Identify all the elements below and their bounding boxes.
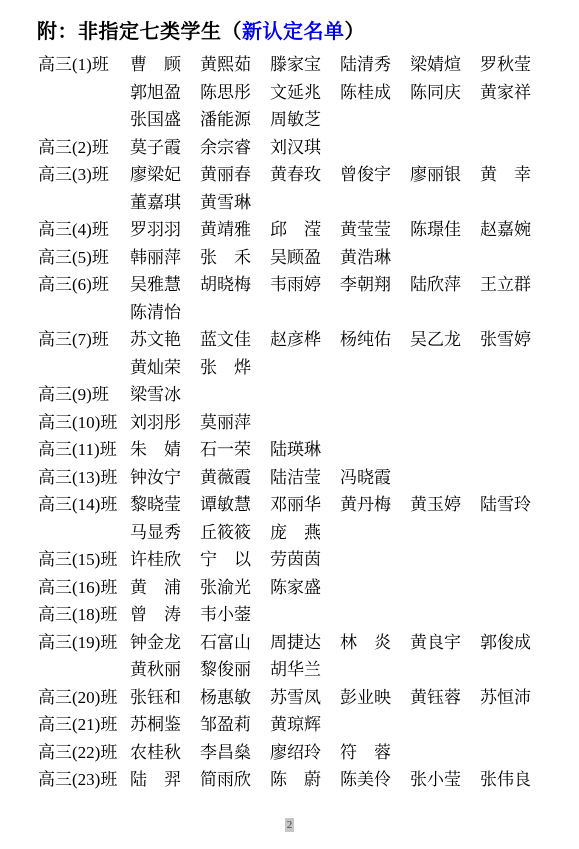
roster-line: 高三(18)班曾 涛韦小蓥 [0,601,579,629]
student-name: 苏文艳 [130,326,200,354]
student-name: 张小莹 [410,766,480,794]
roster-line: 高三(9)班梁雪冰 [0,381,579,409]
student-name: 邹盈莉 [200,711,270,739]
roster-line: 高三(14)班黎晓莹谭敏慧邓丽华黄丹梅黄玉婷陆雪玲 [0,491,579,519]
student-name: 李昌燊 [200,739,270,767]
class-label [38,106,130,134]
student-name: 陆清秀 [340,51,410,79]
student-name: 黄玉婷 [410,491,480,519]
student-name: 黄丽春 [200,161,270,189]
student-name: 陆雪玲 [480,491,550,519]
roster-line: 高三(19)班钟金龙石富山周捷达林 炎黄良宇郭俊成 [0,629,579,657]
student-name: 董嘉琪 [130,189,200,217]
class-label: 高三(22)班 [38,739,130,767]
student-name: 黎俊丽 [200,656,270,684]
student-name: 黄浩琳 [340,244,410,272]
roster-line: 高三(5)班韩丽萍张 禾吴顾盈黄浩琳 [0,244,579,272]
student-name: 廖梁妃 [130,161,200,189]
student-name: 谭敏慧 [200,491,270,519]
student-name: 黄丹梅 [340,491,410,519]
student-name: 黄钰蓉 [410,684,480,712]
student-name: 黄莹莹 [340,216,410,244]
roster-line: 高三(4)班罗羽羽黄靖雅邱 滢黄莹莹陈璟佳赵嘉婉 [0,216,579,244]
student-name: 黄良宇 [410,629,480,657]
title-prefix: 附：非指定七类学生（ [37,21,242,43]
class-label [38,299,130,327]
student-name: 黄琼辉 [270,711,340,739]
student-name: 邱 滢 [270,216,340,244]
class-label: 高三(16)班 [38,574,130,602]
student-name: 曾俊宇 [340,161,410,189]
student-name: 黄靖雅 [200,216,270,244]
student-name: 陆洁莹 [270,464,340,492]
class-label [38,519,130,547]
student-name: 丘筱筱 [200,519,270,547]
class-label: 高三(15)班 [38,546,130,574]
student-name: 陈桂成 [340,79,410,107]
class-label: 高三(2)班 [38,134,130,162]
student-name: 文延兆 [270,79,340,107]
student-name: 廖丽银 [410,161,480,189]
student-name: 莫丽萍 [200,409,270,437]
roster-line: 黄秋丽黎俊丽胡华兰 [0,656,579,684]
student-name: 许桂欣 [130,546,200,574]
class-label: 高三(5)班 [38,244,130,272]
student-name: 韦小蓥 [200,601,270,629]
student-name: 周敏芝 [270,106,340,134]
roster-line: 张国盛潘能源周敏芝 [0,106,579,134]
roster-line: 高三(21)班苏桐鉴邹盈莉黄琼辉 [0,711,579,739]
roster-line: 高三(15)班许桂欣宁 以劳茵茵 [0,546,579,574]
class-label: 高三(7)班 [38,326,130,354]
student-name: 莫子霞 [130,134,200,162]
class-label: 高三(20)班 [38,684,130,712]
student-name: 吴顾盈 [270,244,340,272]
roster-line: 郭旭盈陈思彤文延兆陈桂成陈同庆黄家祥 [0,79,579,107]
student-name: 陆 羿 [130,766,200,794]
student-name: 黄薇霞 [200,464,270,492]
student-name: 陈思彤 [200,79,270,107]
roster-line: 高三(22)班农桂秋李昌燊廖绍玲符 蓉 [0,739,579,767]
class-label: 高三(23)班 [38,766,130,794]
student-name: 刘汉琪 [270,134,340,162]
student-name: 杨纯佑 [340,326,410,354]
class-label [38,189,130,217]
student-name: 黄灿荣 [130,354,200,382]
roster-line: 高三(10)班刘羽彤莫丽萍 [0,409,579,437]
student-name: 郭俊成 [480,629,550,657]
student-name: 张 烨 [200,354,270,382]
class-label: 高三(6)班 [38,271,130,299]
roster-line: 高三(2)班莫子霞余宗睿刘汉琪 [0,134,579,162]
student-name: 余宗睿 [200,134,270,162]
student-name: 黄雪琳 [200,189,270,217]
class-label: 高三(14)班 [38,491,130,519]
roster-line: 高三(20)班张钰和杨惠敏苏雪凤彭业映黄钰蓉苏恒沛 [0,684,579,712]
student-name: 陈美伶 [340,766,410,794]
student-name: 胡华兰 [270,656,340,684]
student-name: 黄 浦 [130,574,200,602]
student-name: 农桂秋 [130,739,200,767]
student-name: 黄 幸 [480,161,550,189]
student-name: 韦雨婷 [270,271,340,299]
roster-line: 陈清怡 [0,299,579,327]
student-name: 李朝翔 [340,271,410,299]
page-number: 2 [285,818,295,832]
student-name: 庞 燕 [270,519,340,547]
roster-line: 高三(7)班苏文艳蓝文佳赵彦桦杨纯佑吴乙龙张雪婷 [0,326,579,354]
student-name: 张渝光 [200,574,270,602]
student-name: 曹 顾 [130,51,200,79]
student-name: 吴雅慧 [130,271,200,299]
class-label [38,354,130,382]
class-label [38,79,130,107]
student-name: 张钰和 [130,684,200,712]
student-name: 邓丽华 [270,491,340,519]
student-name: 黄秋丽 [130,656,200,684]
student-name: 周捷达 [270,629,340,657]
student-name: 简雨欣 [200,766,270,794]
student-name: 马显秀 [130,519,200,547]
student-name: 钟金龙 [130,629,200,657]
student-name: 石富山 [200,629,270,657]
class-label: 高三(3)班 [38,161,130,189]
title-suffix: ） [345,21,366,43]
student-name: 钟汝宁 [130,464,200,492]
class-label: 高三(4)班 [38,216,130,244]
student-name: 陆欣萍 [410,271,480,299]
roster-line: 高三(6)班吴雅慧胡晓梅韦雨婷李朝翔陆欣萍王立群 [0,271,579,299]
student-name: 符 蓉 [340,739,410,767]
student-name: 梁婧煊 [410,51,480,79]
class-label: 高三(18)班 [38,601,130,629]
title-highlight: 新认定名单 [242,21,345,43]
document-page: 附：非指定七类学生（新认定名单） 高三(1)班曹 顾黄熙茹滕家宝陆清秀梁婧煊罗秋… [0,0,579,849]
roster-line: 马显秀丘筱筱庞 燕 [0,519,579,547]
student-name: 陈清怡 [130,299,200,327]
student-name: 梁雪冰 [130,381,200,409]
class-label: 高三(19)班 [38,629,130,657]
class-label: 高三(13)班 [38,464,130,492]
student-name: 滕家宝 [270,51,340,79]
student-name: 蓝文佳 [200,326,270,354]
roster-line: 董嘉琪黄雪琳 [0,189,579,217]
student-name: 苏雪凤 [270,684,340,712]
class-label [38,656,130,684]
student-name: 陈同庆 [410,79,480,107]
student-name: 陆瑛琳 [270,436,340,464]
student-name: 黄家祥 [480,79,550,107]
student-name: 曾 涛 [130,601,200,629]
student-name: 罗羽羽 [130,216,200,244]
class-label: 高三(1)班 [38,51,130,79]
page-footer: 2 [0,815,579,833]
student-name: 张 禾 [200,244,270,272]
student-name: 王立群 [480,271,550,299]
student-name: 陈 蔚 [270,766,340,794]
student-name: 宁 以 [200,546,270,574]
roster-line: 高三(3)班廖梁妃黄丽春黄春玫曾俊宇廖丽银黄 幸 [0,161,579,189]
roster-line: 黄灿荣张 烨 [0,354,579,382]
student-name: 张伟良 [480,766,550,794]
roster-line: 高三(16)班黄 浦张渝光陈家盛 [0,574,579,602]
student-name: 赵嘉婉 [480,216,550,244]
student-name: 韩丽萍 [130,244,200,272]
student-name: 黄春玫 [270,161,340,189]
page-title: 附：非指定七类学生（新认定名单） [0,0,579,44]
student-name: 冯晓霞 [340,464,410,492]
student-name: 朱 婧 [130,436,200,464]
class-label: 高三(9)班 [38,381,130,409]
student-name: 林 炎 [340,629,410,657]
student-name: 张雪婷 [480,326,550,354]
student-name: 黎晓莹 [130,491,200,519]
student-name: 张国盛 [130,106,200,134]
student-name: 潘能源 [200,106,270,134]
class-label: 高三(21)班 [38,711,130,739]
student-name: 劳茵茵 [270,546,340,574]
student-name: 苏恒沛 [480,684,550,712]
student-name: 杨惠敏 [200,684,270,712]
student-name: 石一荣 [200,436,270,464]
student-name: 吴乙龙 [410,326,480,354]
roster-line: 高三(13)班钟汝宁黄薇霞陆洁莹冯晓霞 [0,464,579,492]
student-name: 彭业映 [340,684,410,712]
student-name: 赵彦桦 [270,326,340,354]
roster-line: 高三(23)班陆 羿简雨欣陈 蔚陈美伶张小莹张伟良 [0,766,579,794]
student-name: 廖绍玲 [270,739,340,767]
student-name: 黄熙茹 [200,51,270,79]
student-name: 苏桐鉴 [130,711,200,739]
student-name: 刘羽彤 [130,409,200,437]
student-name: 陈家盛 [270,574,340,602]
student-name: 郭旭盈 [130,79,200,107]
roster-line: 高三(1)班曹 顾黄熙茹滕家宝陆清秀梁婧煊罗秋莹 [0,51,579,79]
student-name: 罗秋莹 [480,51,550,79]
student-name: 胡晓梅 [200,271,270,299]
class-label: 高三(11)班 [38,436,130,464]
student-name: 陈璟佳 [410,216,480,244]
student-list: 高三(1)班曹 顾黄熙茹滕家宝陆清秀梁婧煊罗秋莹郭旭盈陈思彤文延兆陈桂成陈同庆黄… [0,51,579,794]
class-label: 高三(10)班 [38,409,130,437]
roster-line: 高三(11)班朱 婧石一荣陆瑛琳 [0,436,579,464]
